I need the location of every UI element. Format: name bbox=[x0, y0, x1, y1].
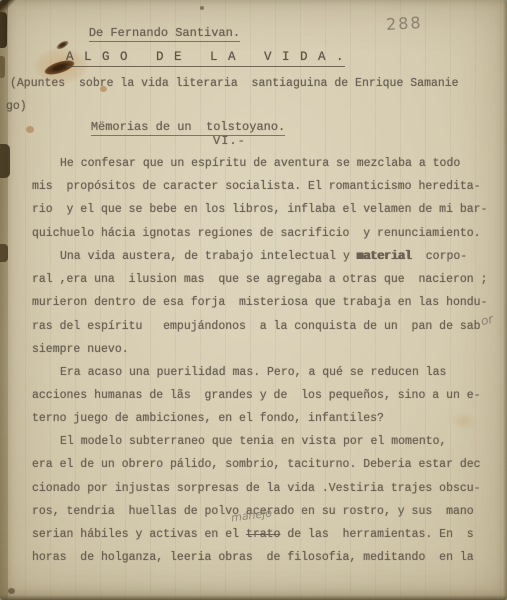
body-line: ras del espíritu empujándonos a la conqu… bbox=[32, 314, 502, 337]
byline-text: De Fernando Santivan. bbox=[89, 26, 240, 42]
body-line: serian hábiles y activas en el trato de … bbox=[32, 523, 502, 546]
body-line-text: de las herramientas. En s bbox=[280, 528, 473, 541]
body-line: Una vida austera, de trabajo intelectual… bbox=[32, 245, 502, 268]
body-line: rio y el que se bebe en los libros, infl… bbox=[32, 198, 502, 221]
document-title: A L G O D E L A V I D A . bbox=[66, 50, 345, 67]
body-line-text: Una vida austera, de trabajo intelectual… bbox=[60, 250, 357, 263]
section-title-text: Mëmorias de un tolstoyano. bbox=[91, 120, 285, 136]
rust-stain bbox=[26, 126, 34, 133]
manuscript-page: 288 De Fernando Santivan. A L G O D E L … bbox=[0, 0, 507, 600]
body-line: quichuelo hácia ignotas regiones de sacr… bbox=[32, 222, 502, 245]
rust-stain bbox=[200, 6, 204, 10]
body-line: El modelo subterraneo que tenia en vista… bbox=[32, 430, 502, 453]
byline: De Fernando Santivan. bbox=[60, 12, 240, 54]
subtitle-line-1: (Apuntes sobre la vida literaria santiag… bbox=[10, 77, 459, 90]
chapter-number: VI.- bbox=[213, 134, 246, 148]
section-title: Mëmorias de un tolstoyano. bbox=[62, 106, 285, 148]
paper-left-edge bbox=[0, 0, 8, 600]
body-line: terno juego de ambiciones, en el fondo, … bbox=[32, 407, 502, 430]
paper-right-edge bbox=[503, 0, 507, 600]
rust-stain bbox=[8, 588, 15, 594]
body-line-text: corpo- bbox=[412, 250, 467, 263]
body-line: acciones humanas de lãs grandes y de los… bbox=[32, 384, 502, 407]
body-line: ral ,era una ilusion mas que se agregaba… bbox=[32, 268, 502, 291]
paper-bottom-edge bbox=[0, 595, 507, 600]
body-line: mis propósitos de caracter socialista. E… bbox=[32, 175, 502, 198]
body-line: Era acaso una puerilidad mas. Pero, a qu… bbox=[32, 361, 502, 384]
overtyped-word: material bbox=[357, 250, 412, 263]
subtitle-line-2: go) bbox=[6, 100, 27, 113]
body-line: He confesar que un espíritu de aventura … bbox=[32, 152, 502, 175]
body-line: murieron dentro de esa forja misteriosa … bbox=[32, 291, 502, 314]
body-line: cionado por injustas sorpresas de la vid… bbox=[32, 477, 502, 500]
struck-word-trato: trato bbox=[246, 528, 281, 541]
body-line: horas de holganza, leeria obras de filos… bbox=[32, 546, 502, 569]
body-line-text: serian hábiles y activas en el bbox=[32, 528, 246, 541]
body-line: era el de un obrero pálido, sombrio, tac… bbox=[32, 453, 502, 476]
pencil-page-number: 288 bbox=[386, 13, 423, 34]
body-line-text: ras del espíritu empujándonos a la conqu… bbox=[32, 320, 481, 333]
body-line: siempre nuevo. bbox=[32, 338, 502, 361]
